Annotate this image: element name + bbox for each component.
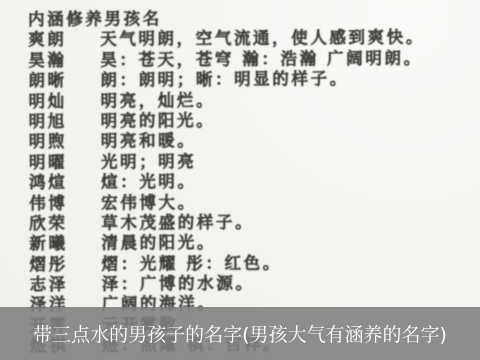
entry-word: 明旭: [29, 112, 101, 133]
caption-text: 带三点水的男孩子的名字(男孩大气有涵养的名字): [33, 320, 447, 347]
name-entry-row: 欣荣草木茂盛的样子。: [29, 211, 475, 234]
entry-word: 朗晰: [28, 71, 100, 92]
entry-definition: 清晨的阳光。: [101, 232, 475, 255]
entry-word: 新曦: [29, 234, 101, 255]
entry-word: 明煦: [29, 132, 101, 153]
name-entry-row: 伟博宏伟博大。: [29, 191, 475, 214]
name-entry-row: 明旭明亮的阳光。: [29, 109, 475, 132]
name-entry-row: 明煦明亮和暖。: [29, 130, 475, 153]
name-entry-row: 爽朗天气明朗，空气流通，使人感到爽快。: [28, 28, 474, 51]
name-entry-row: 熠彤熠：光耀 彤：红色。: [29, 252, 475, 275]
entry-definition: 煊：光明。: [101, 170, 475, 193]
page-title: 内涵修养男孩名: [28, 7, 474, 30]
entry-definition: 草木茂盛的样子。: [101, 211, 475, 234]
entry-word: 熠彤: [29, 254, 101, 275]
entry-word: 爽朗: [28, 30, 100, 51]
entry-definition: 明亮，灿烂。: [100, 89, 474, 112]
entry-definition: 朗：朗明；晰：明显的样子。: [100, 68, 474, 91]
name-entry-row: 新曦清晨的阳光。: [29, 232, 475, 255]
entry-definition: 明亮的阳光。: [101, 109, 475, 132]
name-entry-row: 明灿明亮，灿烂。: [28, 89, 474, 112]
entry-word: 志泽: [30, 275, 102, 296]
entry-definition: 泽：广博的水源。: [102, 272, 476, 295]
entry-word: 欣荣: [29, 213, 101, 234]
scanned-name-list-page: 内涵修养男孩名 爽朗天气明朗，空气流通，使人感到爽快。昊瀚昊：苍天，苍穹 瀚：浩…: [28, 7, 476, 356]
entry-word: 伟博: [29, 193, 101, 214]
entry-definition: 昊：苍天，苍穹 瀚：浩瀚 广阔明朗。: [100, 48, 474, 71]
entry-word: 鸿煊: [29, 173, 101, 194]
entry-definition: 光明；明亮: [101, 150, 475, 173]
name-entry-row: 鸿煊煊：光明。: [29, 170, 475, 193]
entry-word: 昊瀚: [28, 50, 100, 71]
entry-definition: 宏伟博大。: [101, 191, 475, 214]
entry-definition: 熠：光耀 彤：红色。: [101, 252, 475, 275]
name-entry-row: 明曜光明；明亮: [29, 150, 475, 173]
name-entry-row: 昊瀚昊：苍天，苍穹 瀚：浩瀚 广阔明朗。: [28, 48, 474, 71]
entry-definition: 明亮和暖。: [101, 130, 475, 153]
name-entry-row: 志泽泽：广博的水源。: [30, 272, 476, 295]
entry-word: 明灿: [28, 91, 100, 112]
entry-word: 明曜: [29, 152, 101, 173]
name-entry-row: 朗晰朗：朗明；晰：明显的样子。: [28, 68, 474, 91]
caption-bar: 带三点水的男孩子的名字(男孩大气有涵养的名字): [0, 307, 480, 360]
entry-definition: 天气明朗，空气流通，使人感到爽快。: [100, 28, 474, 51]
